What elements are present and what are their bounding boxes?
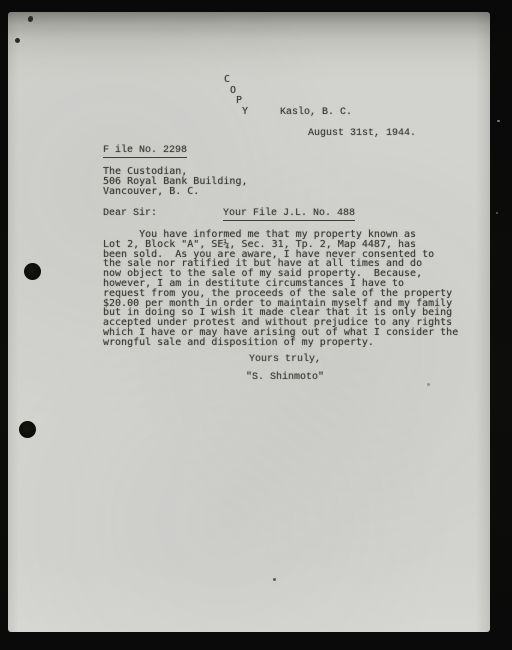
reference-line: Your File J.L. No. 488 [223,209,355,221]
scan-edge-speck [496,212,498,214]
scan-background: C O P Y Kaslo, B. C. August 31st, 1944. … [0,0,512,650]
letter-body: You have informed me that my property kn… [103,230,458,348]
letter-page: C O P Y Kaslo, B. C. August 31st, 1944. … [8,12,490,632]
scan-edge-speck [497,120,500,122]
file-number: F ile No. 2298 [103,146,187,158]
hole-punch-top [24,263,41,280]
paper-speck [427,383,430,386]
letter-date: August 31st, 1944. [308,129,416,139]
paper-speck [273,578,276,581]
closing-line: Yours truly, [249,355,321,365]
recipient-address: The Custodian, 506 Royal Bank Building, … [103,167,248,197]
copy-stamp: C O P Y [224,75,248,118]
salutation: Dear Sir: [103,209,157,219]
signature-line: "S. Shinmoto" [246,373,324,383]
paper-speck [15,38,20,43]
letter-place: Kaslo, B. C. [280,108,352,118]
hole-punch-bottom [19,421,36,438]
